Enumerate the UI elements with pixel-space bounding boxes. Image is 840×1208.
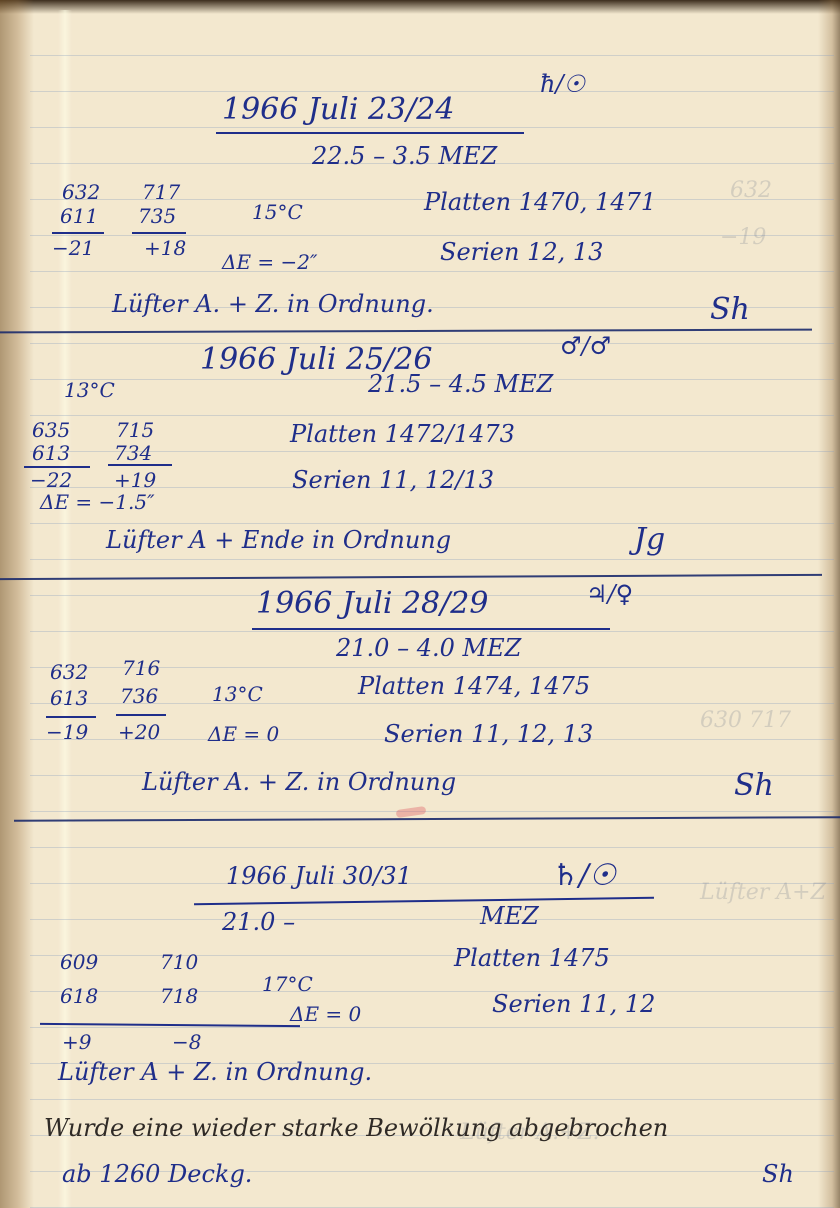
bleed-through-text: Lüfter A+Z [700,880,826,905]
calc-col1-a: 635 [32,418,70,442]
calc-line [108,464,172,466]
observer-mark: ♃/♀ [586,580,633,608]
calc-col2-b: 736 [120,684,158,708]
remark: Lüfter A. + Z. in Ordnung [142,768,456,796]
calc-col2-b: 718 [160,984,198,1008]
series: Serien 12, 13 [440,238,603,266]
entry-date: 1966 Juli 28/29 [256,586,488,621]
series: Serien 11, 12/13 [292,466,494,494]
temperature: 15°C [252,200,303,224]
calc-col1-result: −22 [30,468,72,492]
calc-col2-a: 717 [142,180,180,204]
bleed-through-text: −19 [720,225,766,250]
series: Serien 11, 12 [492,990,655,1018]
observer-mark: ♂/♂ [560,332,611,360]
calc-col1-result: −19 [46,720,88,744]
plates: Platten 1470, 1471 [424,188,656,216]
observer-mark: ♄/☉ [552,858,616,893]
date-underline [216,132,524,134]
delta-epsilon: ΔE = 0 [208,722,279,746]
bleed-through-text: 632 [730,178,772,203]
calc-line [52,232,104,234]
calc-col1-b: 613 [50,686,88,710]
initials: Sh [734,768,774,803]
calc-col1-b: 611 [60,204,98,228]
initials: Jg [634,522,665,557]
calc-col1-result: +9 [62,1030,91,1054]
initials: Sh [710,292,750,327]
bleed-through-text: 630 717 [700,708,791,733]
calc-col1-b: 613 [32,441,70,465]
calc-col2-a: 716 [122,656,160,680]
calc-col1-result: −21 [52,236,94,260]
delta-epsilon: ΔE = −2″ [222,250,317,274]
calc-col2-result: −8 [172,1030,201,1054]
observation-time: 21.5 – 4.5 MEZ [368,370,553,398]
calc-col1-a: 609 [60,950,98,974]
calc-col2-a: 715 [116,418,154,442]
calc-col2-b: 735 [138,204,176,228]
calc-col2-b: 734 [114,441,152,465]
calc-col2-result: +19 [114,468,156,492]
observation-time-start: 21.0 – [222,908,295,936]
final-note: ab 1260 Deckg. [62,1160,252,1188]
observation-time: 21.0 – 4.0 MEZ [336,634,521,662]
calc-col1-a: 632 [62,180,100,204]
entry-date: 1966 Juli 23/24 [222,92,454,127]
observer-mark: ħ/☉ [540,70,585,98]
calc-col1-b: 618 [60,984,98,1008]
remark: Lüfter A + Ende in Ordnung [106,526,451,554]
initials: Sh [762,1160,794,1188]
pencil-note: Wurde eine wieder starke Bewölkung abgeb… [44,1114,668,1142]
time-zone: MEZ [480,902,539,930]
delta-epsilon: ΔE = −1.5″ [40,490,155,514]
calc-line [132,232,186,234]
observation-time: 22.5 – 3.5 MEZ [312,142,497,170]
notebook-page: 632 −19 630 717 Lüfter A+Z Lüfter A.+Z. … [0,0,840,1208]
remark: Lüfter A + Z. in Ordnung. [58,1058,372,1086]
calc-col1-a: 632 [50,660,88,684]
calc-col2-result: +20 [118,720,160,744]
plates: Platten 1472/1473 [290,420,515,448]
entry-date: 1966 Juli 30/31 [226,862,412,890]
plates: Platten 1474, 1475 [358,672,590,700]
calc-col2-a: 710 [160,950,198,974]
temperature: 13°C [64,378,115,402]
date-underline [252,628,610,630]
calc-col2-result: +18 [144,236,186,260]
calc-line [46,716,96,718]
series: Serien 11, 12, 13 [384,720,593,748]
plates: Platten 1475 [454,944,610,972]
calc-line [116,714,166,716]
temperature: 17°C [262,972,313,996]
remark: Lüfter A. + Z. in Ordnung. [112,290,434,318]
temperature: 13°C [212,682,263,706]
delta-epsilon: ΔE = 0 [290,1002,361,1026]
